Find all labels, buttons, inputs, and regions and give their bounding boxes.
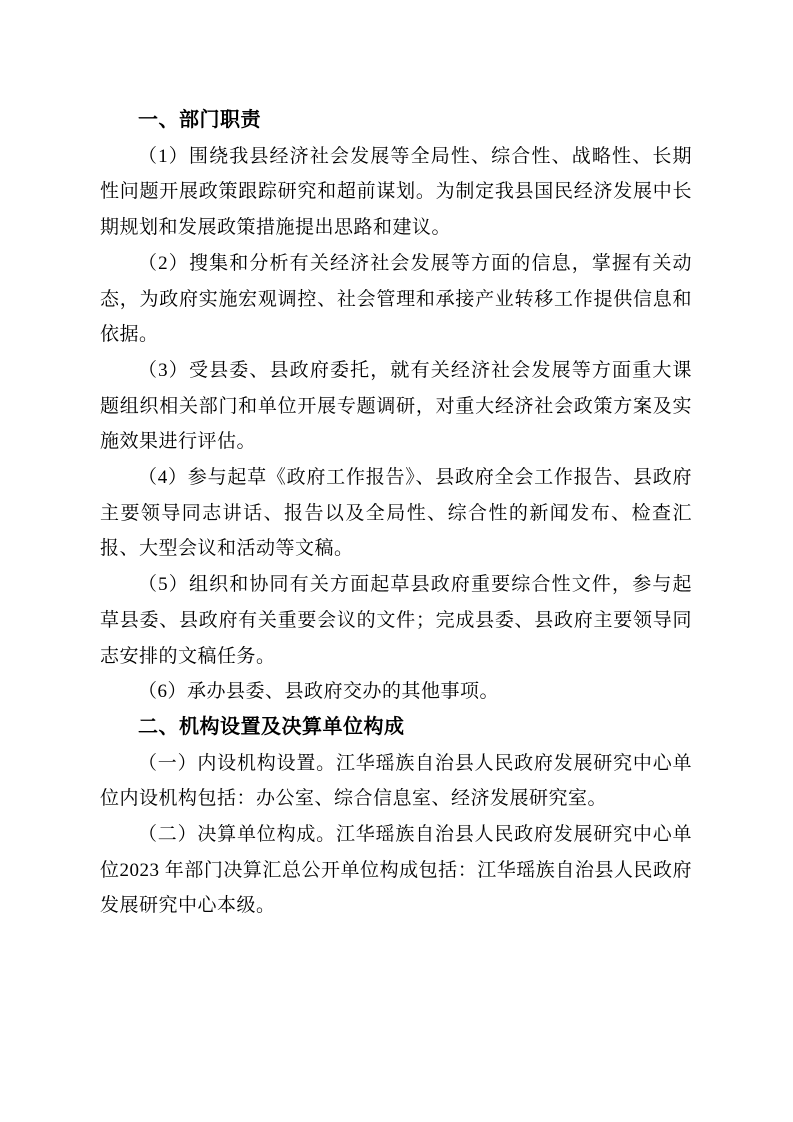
paragraph-final-accounts-units: （二）决算单位构成。江华瑶族自治县人民政府发展研究中心单位2023 年部门决算汇… — [100, 817, 692, 924]
paragraph-internal-organs: （一）内设机构设置。江华瑶族自治县人民政府发展研究中心单位内设机构包括：办公室、… — [100, 746, 692, 817]
paragraph-duty-1: （1）围绕我县经济社会发展等全局性、综合性、战略性、长期性问题开展政策跟踪研究和… — [100, 139, 692, 246]
section-heading-department-duties: 一、部门职责 — [100, 103, 692, 139]
document-content: 一、部门职责 （1）围绕我县经济社会发展等全局性、综合性、战略性、长期性问题开展… — [100, 103, 692, 924]
paragraph-duty-5: （5）组织和协同有关方面起草县政府重要综合性文件，参与起草县委、县政府有关重要会… — [100, 567, 692, 674]
document-page: 一、部门职责 （1）围绕我县经济社会发展等全局性、综合性、战略性、长期性问题开展… — [0, 0, 793, 1122]
paragraph-duty-2: （2）搜集和分析有关经济社会发展等方面的信息，掌握有关动态，为政府实施宏观调控、… — [100, 246, 692, 353]
paragraph-duty-3: （3）受县委、县政府委托，就有关经济社会发展等方面重大课题组织相关部门和单位开展… — [100, 353, 692, 460]
paragraph-duty-4: （4）参与起草《政府工作报告》、县政府全会工作报告、县政府主要领导同志讲话、报告… — [100, 460, 692, 567]
paragraph-duty-6: （6）承办县委、县政府交办的其他事项。 — [100, 674, 692, 710]
section-heading-organization-setup: 二、机构设置及决算单位构成 — [100, 710, 692, 746]
